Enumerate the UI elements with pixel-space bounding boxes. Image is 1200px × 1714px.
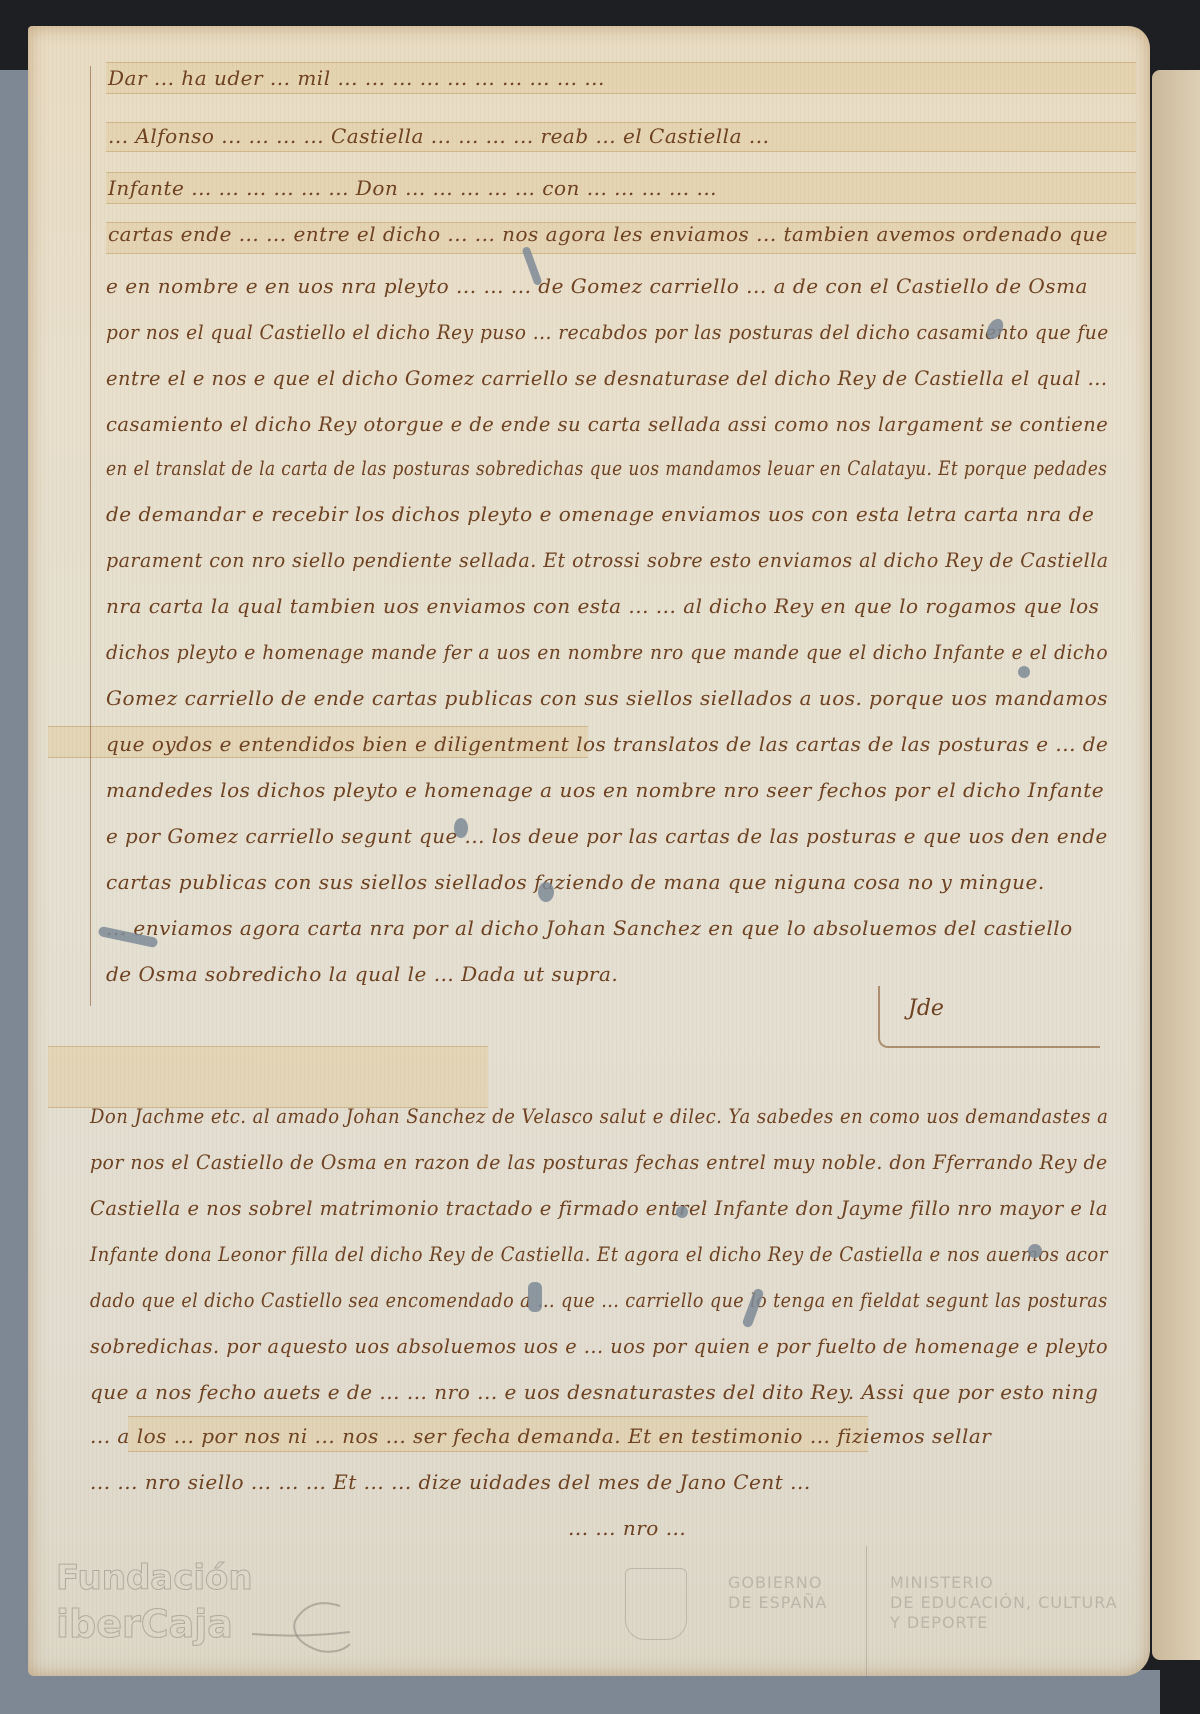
manuscript-line: ... ... nro ... <box>568 1516 686 1540</box>
manuscript-line: sobredichas. por aquesto uos absoluemos … <box>90 1334 1108 1358</box>
manuscript-line: ... a los ... por nos ni ... nos ... ser… <box>90 1424 991 1448</box>
watermark-ibercaja: iberCaja <box>56 1602 233 1646</box>
manuscript-line: ... Alfonso ... ... ... ... Castiella ..… <box>108 124 769 148</box>
watermark-fundacion: Fundación <box>56 1558 253 1598</box>
watermark-gobierno: GOBIERNO <box>728 1573 822 1592</box>
repair-blot <box>1028 1244 1042 1258</box>
manuscript-line: Castiella e nos sobrel matrimonio tracta… <box>90 1196 1108 1220</box>
grey-mount-bottom <box>0 1670 1160 1714</box>
repair-blot <box>676 1206 688 1218</box>
manuscript-line: e en nombre e en uos nra pleyto ... ... … <box>106 274 1088 298</box>
manuscript-line: Don Jachme etc. al amado Johan Sanchez d… <box>90 1104 1108 1128</box>
scribe-signature: Jde <box>908 996 944 1021</box>
manuscript-line: cartas publicas con sus siellos siellado… <box>106 870 1045 894</box>
repair-blot <box>1018 666 1030 678</box>
manuscript-line: por nos el qual Castiello el dicho Rey p… <box>106 320 1109 344</box>
watermark-espana: DE ESPAÑA <box>728 1593 827 1612</box>
repair-blot <box>528 1282 542 1312</box>
watermark-divider <box>866 1546 867 1676</box>
manuscript-line: Dar ... ha uder ... mil ... ... ... ... … <box>108 66 605 90</box>
repair-blot <box>538 882 554 902</box>
manuscript-line: cartas ende ... ... entre el dicho ... .… <box>108 222 1108 246</box>
manuscript-line: que a nos fecho auets e de ... ... nro .… <box>90 1380 1098 1404</box>
manuscript-line: e por Gomez carriello segunt que ... los… <box>106 824 1108 848</box>
manuscript-line: en el translat de la carta de las postur… <box>106 456 1107 480</box>
manuscript-line: Infante dona Leonor filla del dicho Rey … <box>90 1242 1108 1266</box>
manuscript-line: ... ... nro siello ... ... ... Et ... ..… <box>90 1470 811 1494</box>
repair-strip <box>48 1046 488 1108</box>
manuscript-page: Dar ... ha uder ... mil ... ... ... ... … <box>28 26 1150 1676</box>
manuscript-line: que oydos e entendidos bien e diligentme… <box>106 732 1108 756</box>
adjacent-page-edge <box>1152 70 1200 1660</box>
repair-blot <box>454 818 468 838</box>
ibercaja-logo-icon <box>250 1596 370 1666</box>
coat-of-arms-icon <box>625 1568 687 1640</box>
watermark-ministerio-line3: Y DEPORTE <box>890 1613 988 1632</box>
manuscript-line: entre el e nos e que el dicho Gomez carr… <box>106 366 1108 390</box>
manuscript-line: por nos el Castiello de Osma en razon de… <box>90 1150 1108 1174</box>
margin-rule <box>90 66 91 1006</box>
manuscript-line: ... enviamos agora carta nra por al dich… <box>106 916 1073 940</box>
manuscript-line: de Osma sobredicho la qual le ... Dada u… <box>106 962 618 986</box>
watermark-ministerio: MINISTERIO <box>890 1573 994 1592</box>
manuscript-line: casamiento el dicho Rey otorgue e de end… <box>106 412 1108 436</box>
manuscript-line: parament con nro siello pendiente sellad… <box>106 548 1109 572</box>
manuscript-line: Gomez carriello de ende cartas publicas … <box>106 686 1108 710</box>
manuscript-line: nra carta la qual tambien uos enviamos c… <box>106 594 1099 618</box>
manuscript-line: mandedes los dichos pleyto e homenage a … <box>106 778 1104 802</box>
manuscript-line: dado que el dicho Castiello sea encomend… <box>90 1288 1108 1312</box>
watermark-ministerio-line2: DE EDUCACIÓN, CULTURA <box>890 1593 1118 1612</box>
manuscript-line: de demandar e recebir los dichos pleyto … <box>106 502 1094 526</box>
manuscript-line: dichos pleyto e homenage mande fer a uos… <box>106 640 1108 664</box>
manuscript-line: Infante ... ... ... ... ... ... Don ... … <box>108 176 717 200</box>
